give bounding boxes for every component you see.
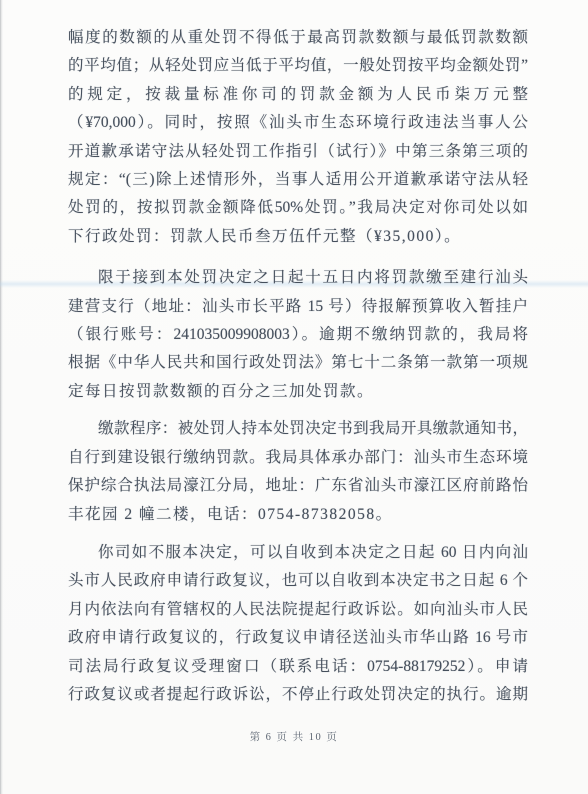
document-line: 头市人民政府申请行政复议，也可以自收到本决定书之日起 6 个	[68, 567, 528, 595]
page-number-label: 第 6 页 共 10 页	[0, 729, 588, 744]
document-body-text: 幅度的数额的从重处罚不得低于最高罚款数额与最低罚款数额 的平均值；从轻处罚应当低…	[68, 24, 528, 709]
document-line: 丰花园 2 幢二楼，电话：0754-87382058。	[68, 501, 528, 529]
document-line: 行政复议或者提起行政诉讼，不停止行政处罚决定的执行。逾期	[68, 681, 528, 709]
paragraph-payment-deadline: 限于接到本处罚决定之日起十五日内将罚款缴至建行汕头 建营支行（地址：汕头市长平路…	[68, 264, 528, 406]
document-line: 政府申请行政复议的，行政复议申请径送汕头市华山路 16 号市	[68, 624, 528, 652]
document-line: 下行政处罚：罚款人民币叁万伍仟元整（¥35,000）。	[68, 223, 528, 251]
document-line: 幅度的数额的从重处罚不得低于最高罚款数额与最低罚款数额	[68, 24, 528, 52]
document-line: 你司如不服本决定，可以自收到本决定之日起 60 日内向汕	[68, 539, 528, 567]
paragraph-appeal-rights: 你司如不服本决定，可以自收到本决定之日起 60 日内向汕 头市人民政府申请行政复…	[68, 539, 528, 709]
document-line: 缴款程序：被处罚人持本处罚决定书到我局开具缴款通知书，	[68, 415, 528, 443]
document-line: 开道歉承诺守法从轻处罚工作指引（试行）》中第三条第三项的	[68, 138, 528, 166]
document-line: 限于接到本处罚决定之日起十五日内将罚款缴至建行汕头	[68, 264, 528, 292]
document-line: （银行账号：241035009908003）。逾期不缴纳罚款的，我局将	[68, 321, 528, 349]
document-line: 规定：“(三)除上述情形外，当事人适用公开道歉承诺守法从轻	[68, 166, 528, 194]
document-line: 的平均值；从轻处罚应当低于平均值，一般处罚按平均金额处罚”	[68, 52, 528, 80]
document-line: 司法局行政复议受理窗口（联系电话：0754-88179252）。申请	[68, 653, 528, 681]
scanned-document-page: 幅度的数额的从重处罚不得低于最高罚款数额与最低罚款数额 的平均值；从轻处罚应当低…	[0, 0, 588, 794]
paragraph-payment-procedure: 缴款程序：被处罚人持本处罚决定书到我局开具缴款通知书， 自行到建设银行缴纳罚款。…	[68, 415, 528, 529]
document-line: 根据《中华人民共和国行政处罚法》第七十二条第一款第一项规	[68, 349, 528, 377]
document-line: 建营支行（地址：汕头市长平路 15 号）待报解预算收入暂挂户	[68, 293, 528, 321]
scan-left-edge-artifact	[0, 0, 3, 794]
document-line: 保护综合执法局濠江分局，地址：广东省汕头市濠江区府前路怡	[68, 472, 528, 500]
document-line: 的规定，按裁量标准你司的罚款金额为人民币柒万元整	[68, 81, 528, 109]
document-line: 处罚的，按拟罚款金额降低50%处罚。”我局决定对你司处以如	[68, 194, 528, 222]
paragraph-penalty-decision: 幅度的数额的从重处罚不得低于最高罚款数额与最低罚款数额 的平均值；从轻处罚应当低…	[68, 24, 528, 251]
document-line: 自行到建设银行缴纳罚款。我局具体承办部门：汕头市生态环境	[68, 444, 528, 472]
document-line: 月内依法向有管辖权的人民法院提起行政诉讼。如向汕头市人民	[68, 596, 528, 624]
document-line: （¥70,000）。同时，按照《汕头市生态环境行政违法当事人公	[68, 109, 528, 137]
document-line: 定每日按罚款数额的百分之三加处罚款。	[68, 378, 528, 406]
